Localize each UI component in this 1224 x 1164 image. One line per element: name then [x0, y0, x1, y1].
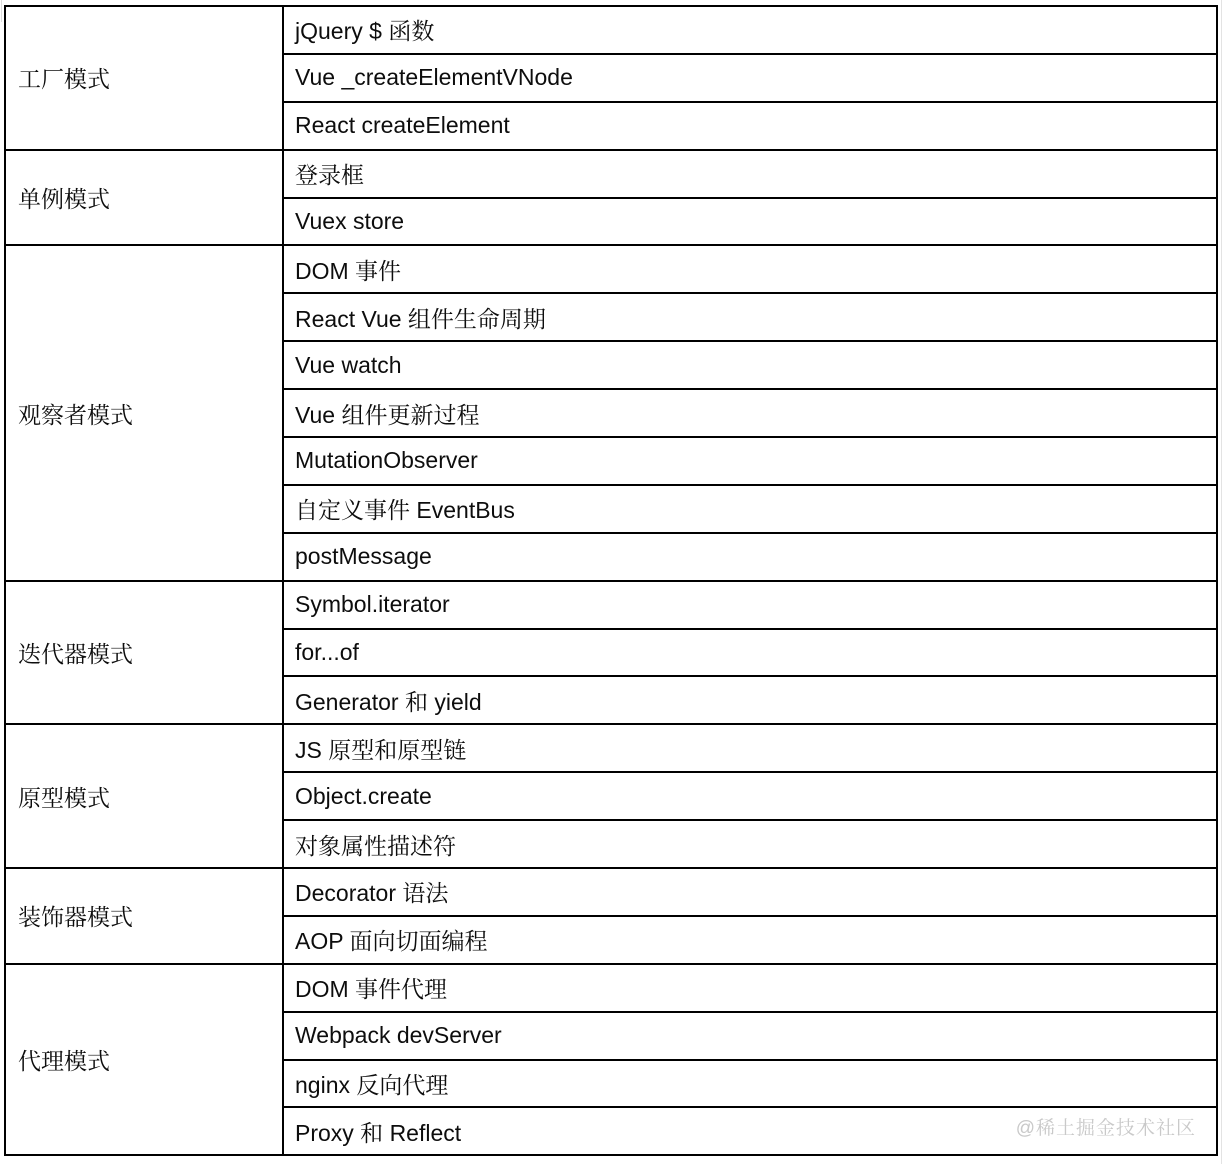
edge-artifact-top-left [1, 0, 2, 22]
pattern-cell: 代理模式 [5, 964, 283, 1156]
example-cell: React Vue 组件生命周期 [283, 293, 1217, 341]
pattern-cell: 观察者模式 [5, 245, 283, 580]
table-row: 装饰器模式Decorator 语法 [5, 868, 1217, 916]
example-cell: nginx 反向代理 [283, 1060, 1217, 1108]
table-row: 工厂模式jQuery $ 函数 [5, 6, 1217, 54]
example-cell: Decorator 语法 [283, 868, 1217, 916]
example-cell: jQuery $ 函数 [283, 6, 1217, 54]
example-cell: Vuex store [283, 198, 1217, 246]
example-cell: MutationObserver [283, 437, 1217, 485]
example-cell: Generator 和 yield [283, 676, 1217, 724]
example-cell: Object.create [283, 772, 1217, 820]
pattern-cell: 装饰器模式 [5, 868, 283, 964]
pattern-cell: 迭代器模式 [5, 581, 283, 725]
example-cell: postMessage [283, 533, 1217, 581]
example-cell: 自定义事件 EventBus [283, 485, 1217, 533]
pattern-cell: 工厂模式 [5, 6, 283, 150]
edge-artifact-right [1221, 0, 1222, 1164]
page-canvas: 工厂模式jQuery $ 函数Vue _createElementVNodeRe… [0, 0, 1224, 1164]
table-row: 代理模式DOM 事件代理 [5, 964, 1217, 1012]
example-cell: 对象属性描述符 [283, 820, 1217, 868]
example-cell: 登录框 [283, 150, 1217, 198]
example-cell: Vue watch [283, 341, 1217, 389]
table-body: 工厂模式jQuery $ 函数Vue _createElementVNodeRe… [5, 6, 1217, 1155]
example-cell: for...of [283, 629, 1217, 677]
example-cell: DOM 事件代理 [283, 964, 1217, 1012]
table-row: 原型模式JS 原型和原型链 [5, 724, 1217, 772]
example-cell: JS 原型和原型链 [283, 724, 1217, 772]
example-cell: Vue _createElementVNode [283, 54, 1217, 102]
pattern-cell: 单例模式 [5, 150, 283, 246]
table-row: 观察者模式DOM 事件 [5, 245, 1217, 293]
watermark: @稀土掘金技术社区 [1016, 1113, 1196, 1140]
example-cell: Webpack devServer [283, 1012, 1217, 1060]
example-cell: AOP 面向切面编程 [283, 916, 1217, 964]
table-row: 迭代器模式Symbol.iterator [5, 581, 1217, 629]
example-cell: Vue 组件更新过程 [283, 389, 1217, 437]
design-patterns-table: 工厂模式jQuery $ 函数Vue _createElementVNodeRe… [4, 5, 1218, 1156]
example-cell: React createElement [283, 102, 1217, 150]
example-cell: DOM 事件 [283, 245, 1217, 293]
example-cell: Symbol.iterator [283, 581, 1217, 629]
pattern-cell: 原型模式 [5, 724, 283, 868]
table-row: 单例模式登录框 [5, 150, 1217, 198]
